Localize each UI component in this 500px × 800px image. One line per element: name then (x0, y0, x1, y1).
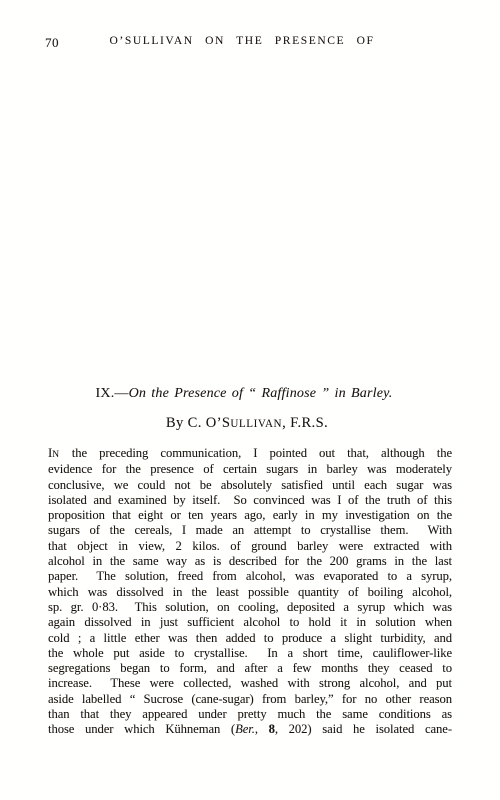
text-segment: , F.R.S. (282, 415, 328, 431)
body-text-line: sp. gr. 0·83. This solution, on cooling,… (48, 600, 452, 615)
author-byline: By C. O’SULLIVAN, F.R.S. (0, 415, 494, 432)
text-segment: paper. The solution, freed from alcohol,… (48, 569, 452, 583)
text-segment: Ber. (235, 722, 255, 736)
body-text-line: IN the preceding communication, I pointe… (48, 446, 452, 462)
text-segment: sp. gr. 0·83. This solution, on cooling,… (48, 600, 452, 614)
text-segment: , 202) said he isolated cane- (275, 722, 452, 736)
text-segment: On the Presence of “ Raffinose ” in Barl… (129, 386, 393, 401)
text-segment: increase. These were collected, washed w… (48, 676, 452, 690)
body-text-line: cold ; a little ether was then added to … (48, 631, 452, 646)
text-segment: which was dissolved in the least possibl… (48, 585, 452, 599)
body-text-line: those under which Kühneman (Ber., 8, 202… (48, 722, 452, 737)
text-segment: By C. O’S (166, 415, 230, 431)
text-segment: the whole put aside to crystallise. In a… (48, 646, 452, 660)
text-segment: that object in view, 2 kilos. of ground … (48, 539, 452, 553)
text-segment: sugars of the cereals, I made an attempt… (48, 523, 452, 537)
body-text-line: aside labelled “ Sucrose (cane-sugar) fr… (48, 692, 452, 707)
body-text-line: increase. These were collected, washed w… (48, 676, 452, 691)
text-segment: evidence for the presence of certain sug… (48, 462, 452, 476)
text-segment: alcohol in the same way as is described … (48, 554, 452, 568)
text-segment: N (52, 449, 60, 460)
body-text-line: the whole put aside to crystallise. In a… (48, 646, 452, 661)
text-segment: proposition that eight or ten years ago,… (48, 508, 452, 522)
body-text-line: than that they appeared under pretty muc… (48, 707, 452, 722)
text-segment: those under which Kühneman ( (48, 722, 235, 736)
body-text-line: evidence for the presence of certain sug… (48, 462, 452, 477)
text-segment: again dissolved in just sufficient alcoh… (48, 615, 452, 629)
text-segment: the preceding communication, I pointed o… (60, 446, 452, 460)
body-text-line: alcohol in the same way as is described … (48, 554, 452, 569)
body-text-line: paper. The solution, freed from alcohol,… (48, 569, 452, 584)
body-text-line: which was dissolved in the least possibl… (48, 585, 452, 600)
text-segment: segregations began to form, and after a … (48, 661, 452, 675)
text-segment: , (255, 722, 269, 736)
body-text-line: segregations began to form, and after a … (48, 661, 452, 676)
text-segment: isolated and examined by itself. So conv… (48, 493, 452, 507)
article-title: IX.—On the Presence of “ Raffinose ” in … (0, 386, 488, 402)
text-segment: aside labelled “ Sucrose (cane-sugar) fr… (48, 692, 452, 706)
body-text-line: proposition that eight or ten years ago,… (48, 508, 452, 523)
running-head: O’SULLIVAN ON THE PRESENCE OF (0, 35, 484, 47)
text-segment: cold ; a little ether was then added to … (48, 631, 452, 645)
body-text-line: that object in view, 2 kilos. of ground … (48, 539, 452, 554)
text-segment: ULLIVAN (230, 418, 282, 430)
text-segment: conclusive, we could not be absolutely s… (48, 478, 452, 492)
body-text-line: isolated and examined by itself. So conv… (48, 493, 452, 508)
body-text-line: again dissolved in just sufficient alcoh… (48, 615, 452, 630)
body-text-line: sugars of the cereals, I made an attempt… (48, 523, 452, 538)
body-text-line: conclusive, we could not be absolutely s… (48, 478, 452, 493)
body-paragraph: IN the preceding communication, I pointe… (48, 446, 452, 738)
journal-page: 70 O’SULLIVAN ON THE PRESENCE OF IX.—On … (0, 0, 500, 800)
text-segment: than that they appeared under pretty muc… (48, 707, 452, 721)
text-segment: IX.— (96, 386, 129, 401)
